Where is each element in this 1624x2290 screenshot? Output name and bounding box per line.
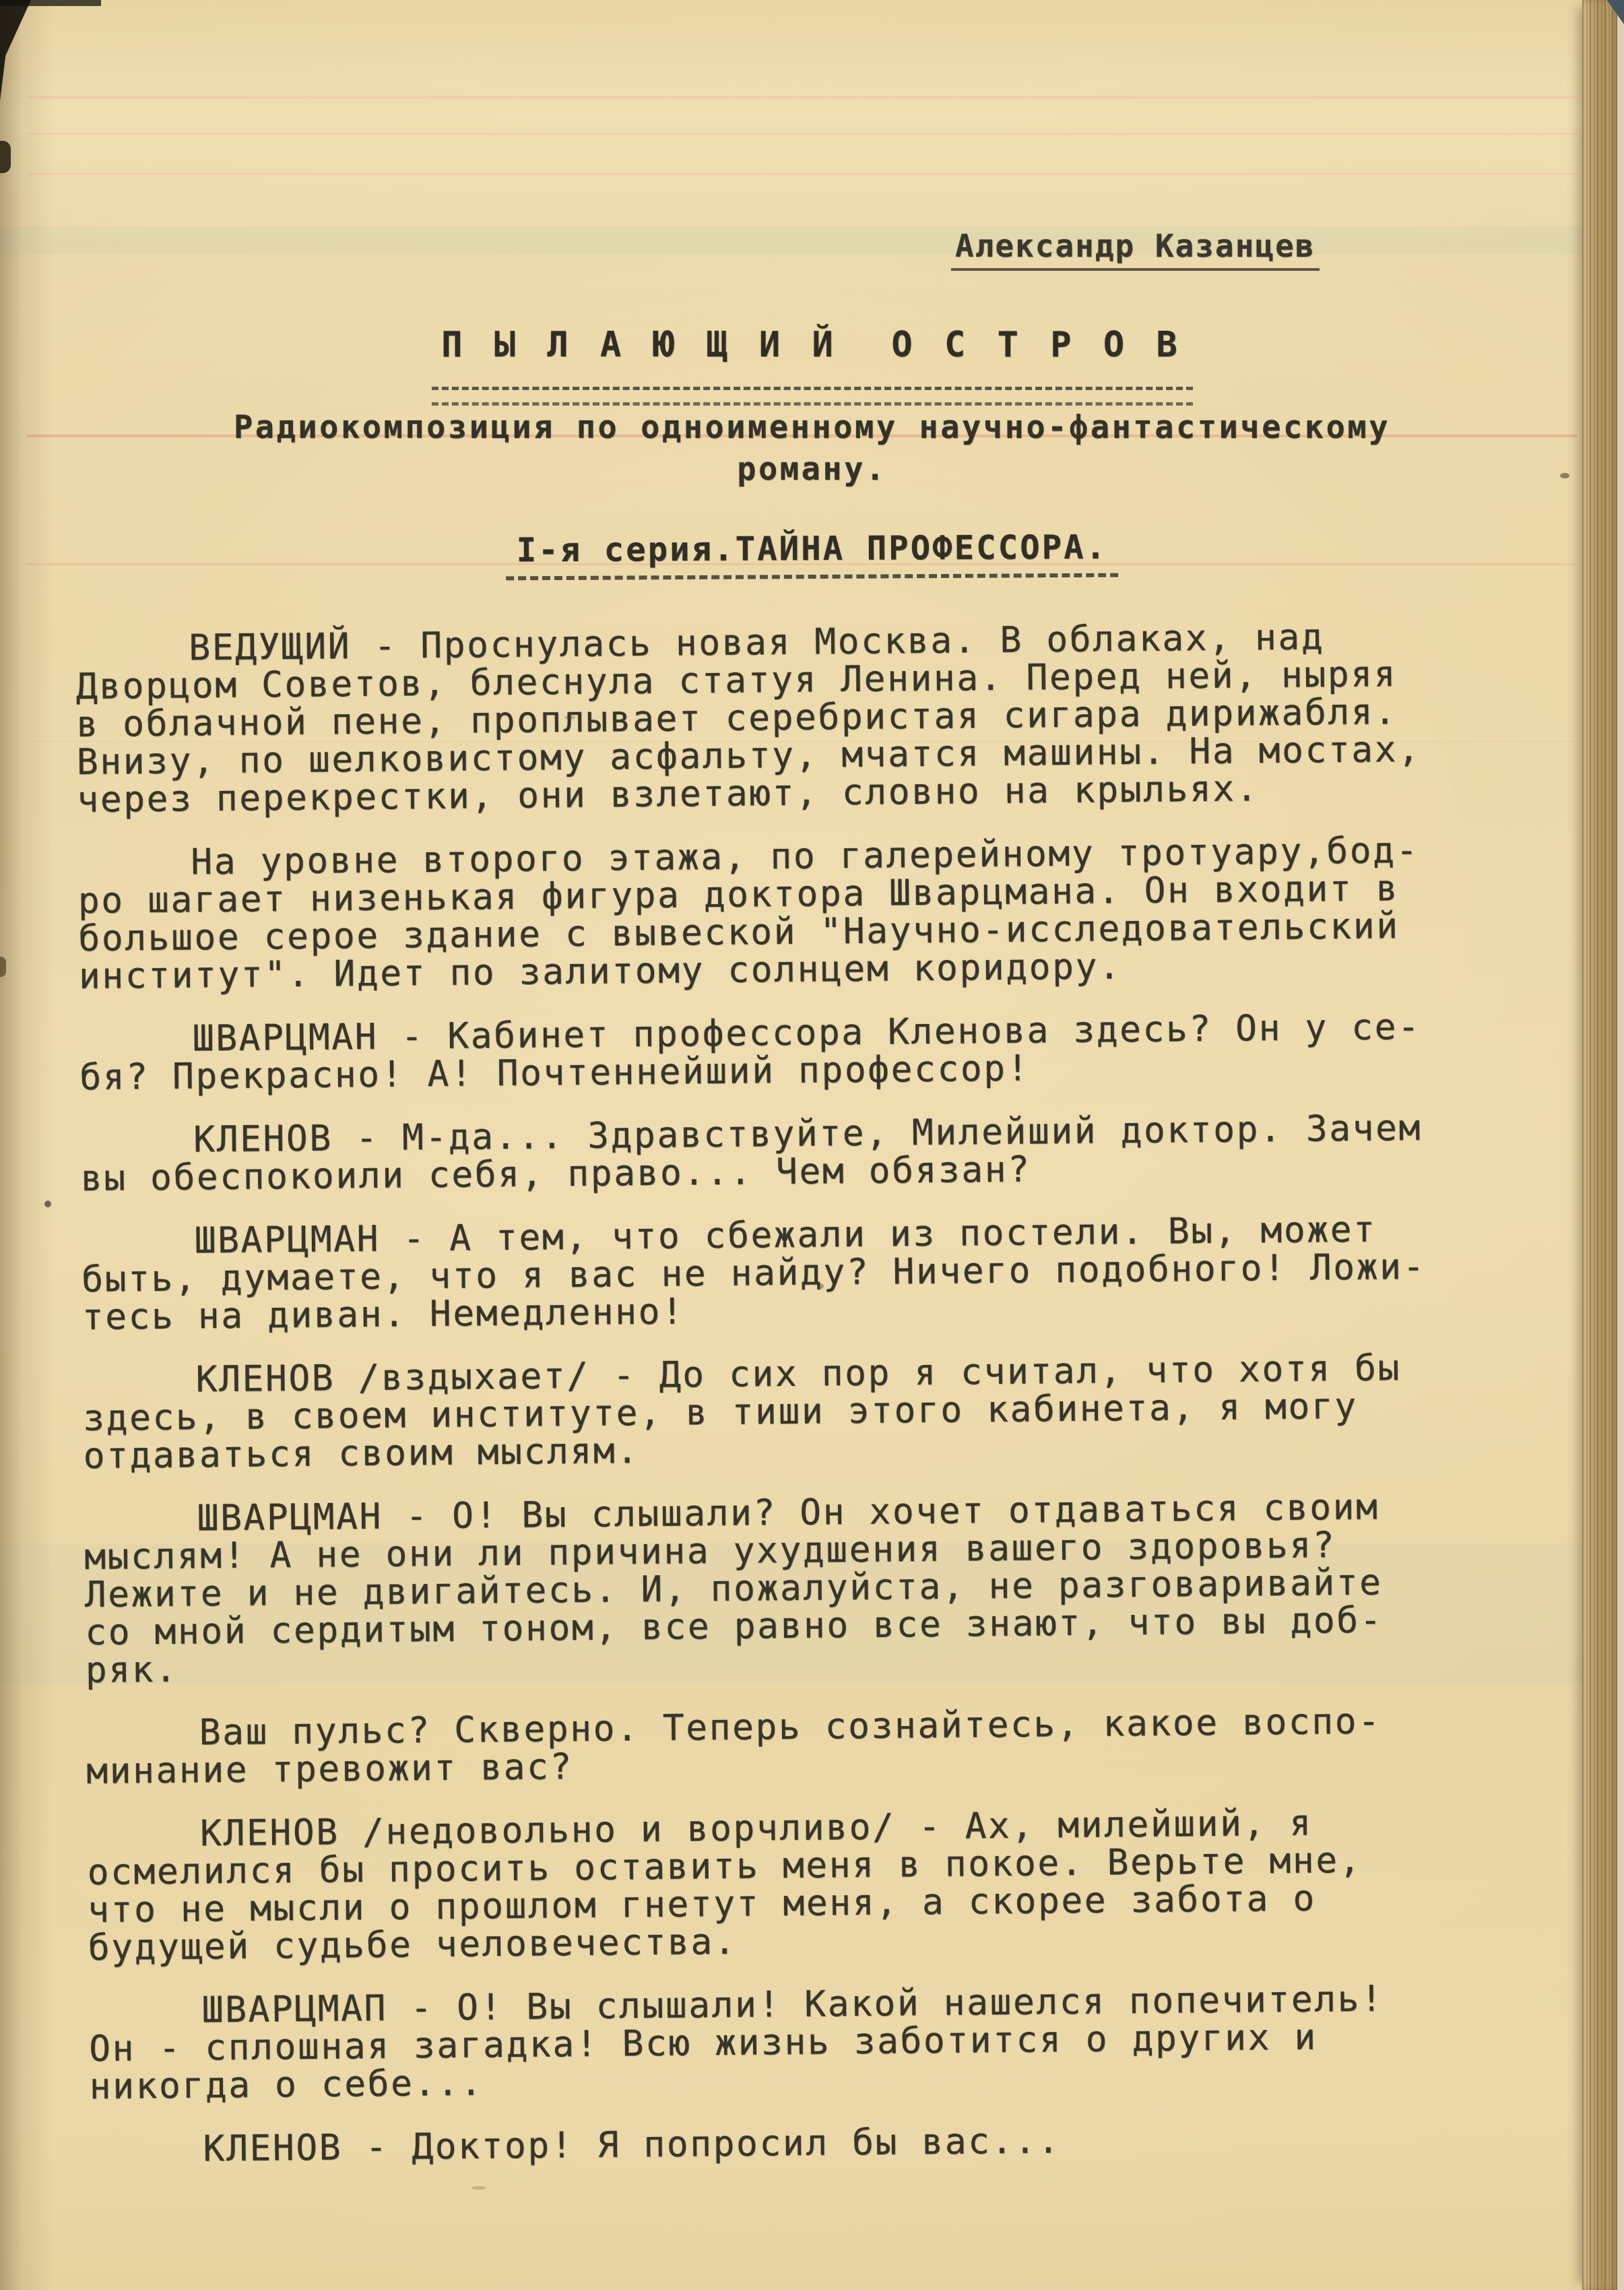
scan-line bbox=[27, 96, 1577, 98]
script-paragraph-shvartsman-cont: Ваш пульс? Скверно. Теперь сознайтесь, к… bbox=[86, 1702, 1495, 1791]
script-paragraph-klenov: КЛЕНОВ - М-да... Здравствуйте, Милейший … bbox=[80, 1109, 1490, 1198]
script-paragraph-klenov: КЛЕНОВ /недовольно и ворчливо/ - Ах, мил… bbox=[87, 1803, 1497, 1967]
paper-speck bbox=[44, 1201, 51, 1207]
author-line: Александр Казанцев bbox=[951, 228, 1320, 271]
document-subtitle: Радиокомпозиция по одноименному научно-ф… bbox=[0, 407, 1624, 490]
document-title: П Ы Л А Ю Щ И Й О С Т Р О В bbox=[0, 325, 1624, 365]
script-paragraph-narrator: На уровне второго этажа, по галерейному … bbox=[77, 831, 1488, 996]
script-paragraph-klenov: КЛЕНОВ - Доктор! Я попросил бы вас... bbox=[90, 2118, 1499, 2169]
script-paragraph-narrator: ВЕДУЩИЙ - Проснулась новая Москва. В обл… bbox=[75, 617, 1487, 819]
script-paragraph-shvartsman: ШВАРЦМАП - О! Вы слышали! Какой нашелся … bbox=[88, 1979, 1499, 2106]
left-edge-notch bbox=[0, 957, 6, 977]
scanned-typescript-page: Александр Казанцев П Ы Л А Ю Щ И Й О С Т… bbox=[0, 0, 1624, 2290]
series-heading: I-я серия.ТАЙНА ПРОФЕССОРА. bbox=[506, 528, 1119, 581]
paper-tint-band bbox=[0, 226, 1584, 255]
title-underline bbox=[432, 387, 1193, 406]
series-heading-row: I-я серия.ТАЙНА ПРОФЕССОРА. bbox=[0, 526, 1624, 583]
scan-line bbox=[27, 173, 1577, 175]
script-paragraph-klenov: КЛЕНОВ /вздыхает/ - До сих пор я считал,… bbox=[82, 1349, 1493, 1475]
script-text-body: ВЕДУЩИЙ - Проснулась новая Москва. В обл… bbox=[75, 617, 1499, 2195]
script-paragraph-shvartsman: ШВАРЦМАН - А тем, что сбежали из постели… bbox=[81, 1210, 1491, 1337]
left-edge-notch bbox=[0, 141, 11, 173]
script-paragraph-shvartsman: ШВАРЦМАН - О! Вы слышали? Он хочет отдав… bbox=[84, 1488, 1495, 1690]
top-edge-shadow bbox=[0, 0, 101, 6]
scan-line bbox=[27, 133, 1577, 135]
script-paragraph-shvartsman: ШВАРЦМАН - Кабинет профессора Кленова зд… bbox=[79, 1008, 1489, 1097]
